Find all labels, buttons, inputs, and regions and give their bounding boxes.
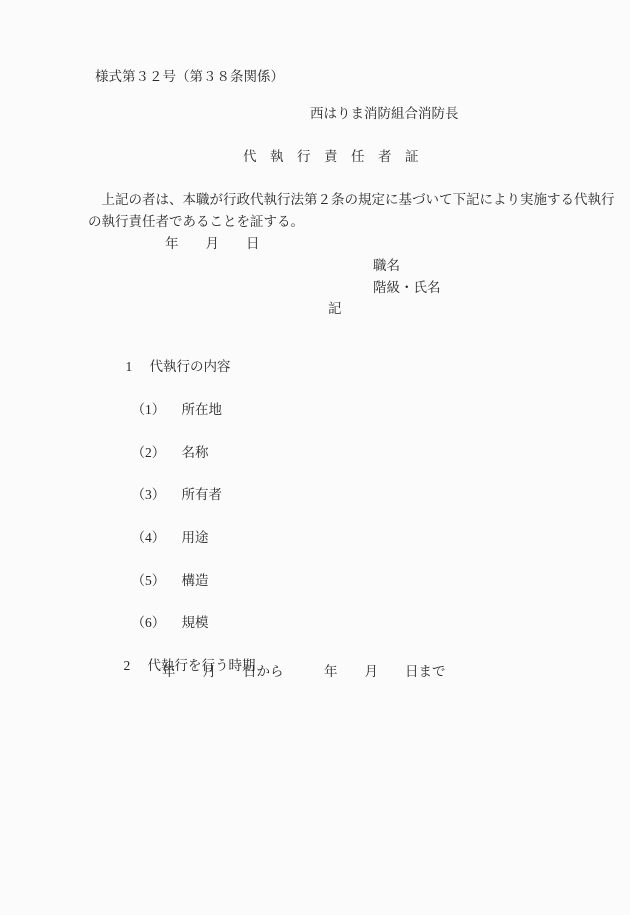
- list-item: （5）構造: [118, 557, 209, 604]
- section-1-heading: 1代執行の内容: [112, 343, 231, 390]
- item-6-label: 規模: [182, 615, 209, 630]
- issue-date-line: 年 月 日: [165, 236, 260, 252]
- signature-position-label: 職名: [373, 258, 400, 274]
- section-1-number: 1: [126, 359, 150, 375]
- addressee: 西はりま消防組合消防長: [310, 106, 459, 122]
- list-item: （1）所在地: [118, 386, 222, 433]
- record-marker: 記: [328, 301, 342, 317]
- certificate-title: 代 執 行 責 任 者 証: [243, 149, 419, 165]
- item-2-label: 名称: [182, 445, 209, 460]
- list-item: （2）名称: [118, 429, 209, 476]
- section-1-heading-label: 代執行の内容: [150, 359, 231, 374]
- item-2-marker: （2）: [132, 445, 182, 461]
- item-4-marker: （4）: [132, 530, 182, 546]
- body-line-1: 上記の者は、本職が行政代執行法第２条の規定に基づいて下記により実施する代執行: [88, 192, 615, 208]
- list-item: （4）用途: [118, 514, 209, 561]
- item-1-marker: （1）: [132, 402, 182, 418]
- section-2-number: 2: [124, 658, 148, 674]
- item-1-label: 所在地: [182, 402, 223, 417]
- item-3-marker: （3）: [132, 487, 182, 503]
- item-3-label: 所有者: [182, 487, 223, 502]
- signature-rank-name-label: 階級・氏名: [373, 280, 441, 296]
- document-page: 様式第３２号（第３８条関係） 西はりま消防組合消防長 代 執 行 責 任 者 証…: [0, 0, 630, 915]
- list-item: （3）所有者: [118, 471, 222, 518]
- body-line-2: の執行責任者であることを証する。: [88, 214, 304, 230]
- item-5-marker: （5）: [132, 573, 182, 589]
- form-number: 様式第３２号（第３８条関係）: [95, 69, 284, 85]
- execution-period-line: 年 月 日から 年 月 日まで: [162, 664, 446, 680]
- item-4-label: 用途: [182, 530, 209, 545]
- list-item: （6）規模: [118, 599, 209, 646]
- item-6-marker: （6）: [132, 615, 182, 631]
- item-5-label: 構造: [182, 573, 209, 588]
